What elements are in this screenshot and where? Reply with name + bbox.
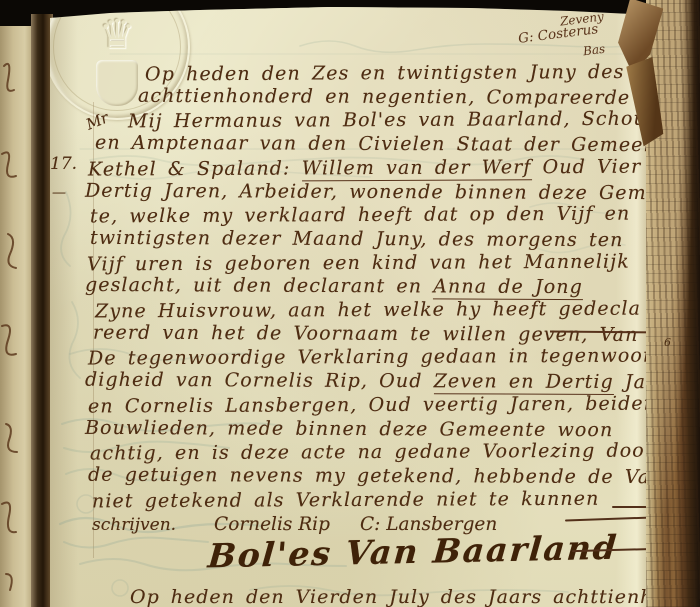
corner-note-line: Bas [582,42,606,59]
line-text: De tegenwoordige Verklaring gedaan in te… [88,345,653,370]
manuscript-line: en Cornelis Lansbergen, Oud veertig Jare… [88,392,657,417]
underlined-name: Willem van der Werf [302,156,532,181]
manuscript-line: Op heden den Zes en twintigsten Juny des… [145,61,690,86]
manuscript-line: reerd van het de Voornaam te willen geve… [93,321,700,346]
margin-dash: — [52,185,66,201]
line-text: twintigsten dezer Maand Juny, des morgen… [90,227,624,251]
signature-row-prefix: schrijven. [92,515,176,535]
line-text: digheid van Cornelis Rip, Oud [85,369,434,393]
line-text: reerd van het de Voornaam te willen geve… [93,321,650,345]
underlined-name: Anna de Jong [433,276,583,301]
line-text: Op heden den Zes en twintigsten Juny des… [145,61,690,86]
line-text: Kethel & Spaland: [88,157,302,180]
manuscript-line: Dertig Jaren, Arbeider, wonende binnen d… [85,179,685,204]
manuscript-line: en Amptenaar van den Civielen Staat der … [95,132,699,157]
manuscript-page: ♛ Zeveny G: Costerus Bas Mr 17. — Op hed… [50,2,652,607]
manuscript-line: Mij Hermanus van Bol'es van Baarland, Sc… [128,108,656,133]
manuscript-line: twintigsten dezer Maand Juny, des morgen… [90,227,624,251]
line-text: achttienhonderd en negentien, Compareerd… [138,84,689,108]
line-text: Zyne Huisvrouw, aan het welke hy heeft g… [95,298,641,323]
line-text: Vijf uren is geboren een kind van het Ma… [87,250,630,275]
manuscript-photo: ♛ Zeveny G: Costerus Bas Mr 17. — Op hed… [0,0,700,607]
underlined-name: Zeven en Dertig [434,370,614,395]
manuscript-line: Zyne Huisvrouw, aan het welke hy heeft g… [95,298,641,323]
edge-mark: 6 [664,336,671,349]
line-text: de getuigen nevens my getekend, hebbende… [88,464,686,489]
previous-page-ink-fragments [0,26,33,607]
manuscript-line: de getuigen nevens my getekend, hebbende… [88,464,686,489]
book-gutter [31,14,53,607]
manuscript-line: Vijf uren is geboren een kind van het Ma… [87,250,630,275]
previous-page-edge [0,26,33,607]
manuscript-line: te, welke my verklaard heeft dat op den … [90,203,630,228]
line-text: niet getekend als Verklarende niet te ku… [92,487,600,512]
line-text: achtig, en is deze acte na gedane Voorle… [90,440,655,465]
manuscript-line: geslacht, uit den declarant en Anna de J… [85,274,583,298]
line-text: Mij Hermanus van Bol'es van Baarland, Sc… [128,108,656,133]
manuscript-line: achttienhonderd en negentien, Compareerd… [138,84,689,108]
line-text: te, welke my verklaard heeft dat op den … [90,203,630,228]
line-text: en Cornelis Lansbergen, Oud veertig Jare… [88,392,657,417]
line-text: Bouwlieden, mede binnen deze Gemeente wo… [85,416,613,440]
manuscript-line: Kethel & Spaland: Willem van der Werf Ou… [88,155,678,180]
witness-signature-1: Cornelis Rip [214,514,330,535]
line-text: geslacht, uit den declarant en [85,274,433,298]
manuscript-line: De tegenwoordige Verklaring gedaan in te… [88,345,653,370]
line-text: en Amptenaar van den Civielen Staat der … [95,132,699,157]
manuscript-line: achtig, en is deze acte na gedane Voorle… [90,440,655,465]
line-text: Dertig Jaren, Arbeider, wonende binnen d… [85,179,685,204]
manuscript-line: digheid van Cornelis Rip, Oud Zeven en D… [85,369,689,394]
manuscript-line: niet getekend als Verklarende niet te ku… [92,487,600,512]
manuscript-line: Bouwlieden, mede binnen deze Gemeente wo… [85,416,613,440]
next-entry-line: Op heden den Vierden July des Jaars acht… [130,586,686,607]
margin-act-number: 17. [50,154,77,174]
